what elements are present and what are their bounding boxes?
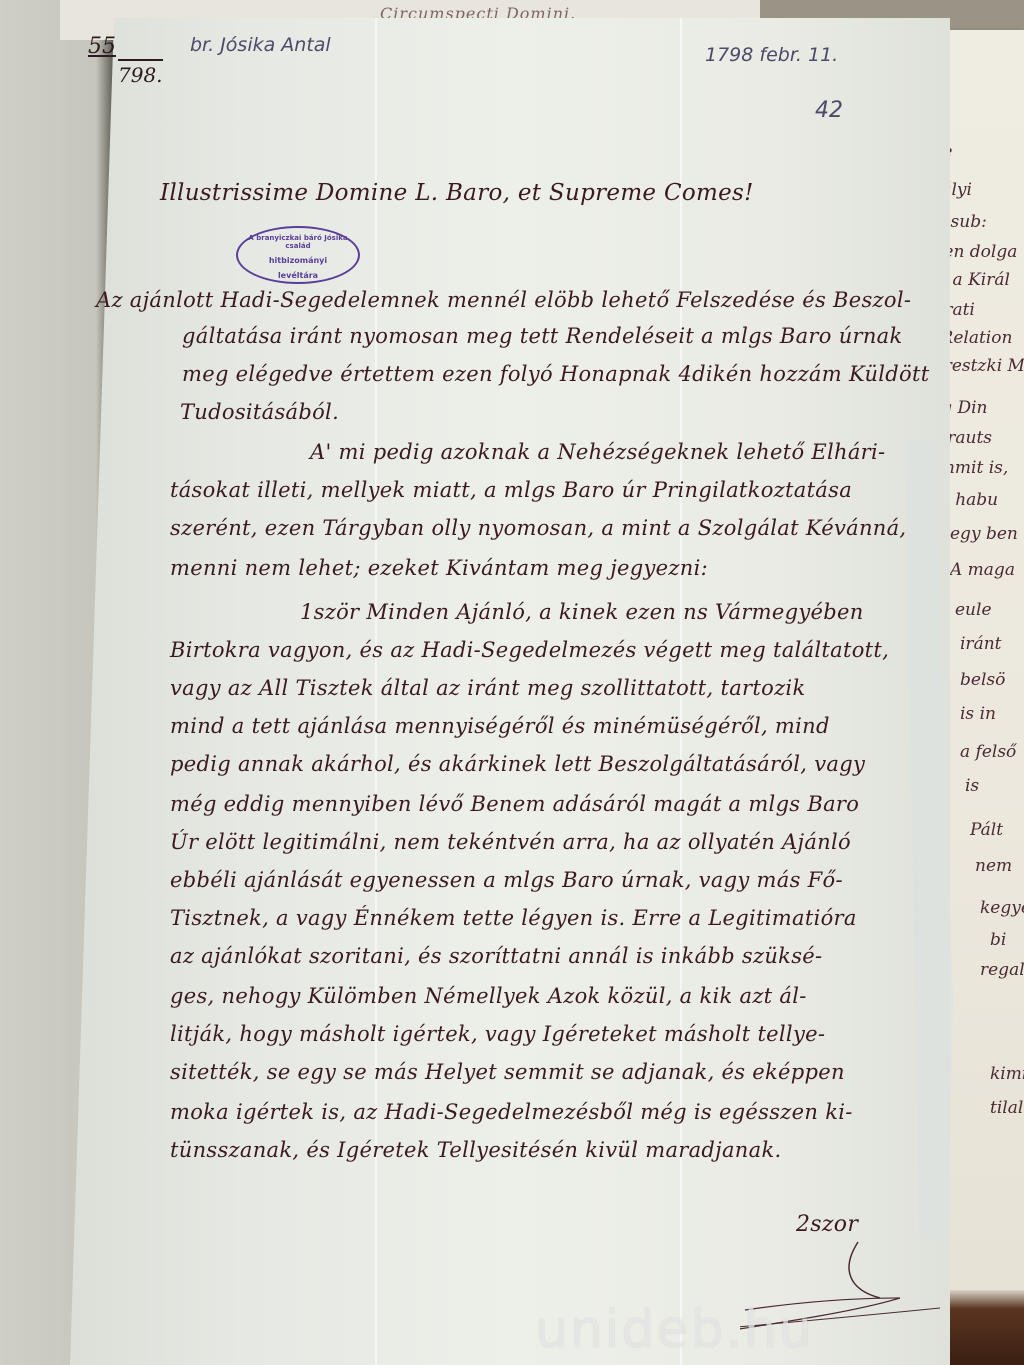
body-line: az ajánlókat szoritani, és szoríttatni a… <box>170 944 822 968</box>
body-line: moka igértek is, az Hadi-Segedelmezésből… <box>170 1100 853 1124</box>
table-surface <box>945 1290 1024 1365</box>
body-line: Tisztnek, a vagy Énnékem tette légyen is… <box>170 906 857 930</box>
body-line: ges, nehogy Külömben Némellyek Azok közü… <box>170 984 807 1008</box>
stamp-line-1: A branyiczkai báró Jósika család <box>238 234 358 250</box>
back-fragment: A maga <box>950 560 1015 580</box>
back-fragment: a felső <box>960 742 1016 762</box>
body-line: 1ször Minden Ajánló, a kinek ezen ns Vár… <box>300 600 864 624</box>
body-line: még eddig mennyiben lévő Benem adásáról … <box>170 792 859 816</box>
back-fragment: belsö <box>960 670 1005 690</box>
back-fragment: tilal <box>990 1098 1023 1118</box>
back-fragment: bi <box>990 930 1006 950</box>
back-fragment: kegyel <box>980 898 1024 918</box>
body-line: tünsszanak, és Igéretek Tellyesitésén ki… <box>170 1138 781 1162</box>
stamp-line-3: levéltára <box>238 271 358 280</box>
back-fragment: iránt <box>960 634 1001 654</box>
pencil-date-note: 1798 febr. 11. <box>705 44 838 66</box>
archive-stamp: A branyiczkai báró Jósika család hitbizo… <box>236 226 360 284</box>
pencil-folio-number: 42 <box>815 98 843 123</box>
body-line: Úr elött legitimálni, nem tekéntvén arra… <box>170 830 851 854</box>
body-line: sitették, se egy se más Helyet semmit se… <box>170 1060 845 1084</box>
body-line: pedig annak akárhol, és akárkinek lett B… <box>170 752 865 776</box>
body-line: menni nem lehet; ezeket Kivántam meg jeg… <box>170 556 708 580</box>
archive-number-bottom: 798. <box>118 59 163 87</box>
body-line: mind a tett ajánlása mennyiségéről és mi… <box>170 714 830 738</box>
body-line: litják, hogy másholt igértek, vagy Igére… <box>170 1022 825 1046</box>
body-line: A' mi pedig azoknak a Nehézségeknek lehe… <box>310 440 885 464</box>
body-line: ebbéli ajánlását egyenessen a mlgs Baro … <box>170 868 843 892</box>
back-fragment: nem <box>975 856 1012 876</box>
body-line: vagy az All Tisztek által az iránt meg s… <box>170 676 805 700</box>
body-line: szerént, ezen Tárgyban olly nyomosan, a … <box>170 516 906 540</box>
closing-mark: 2szor <box>796 1212 858 1237</box>
back-fragment: Pált <box>970 820 1003 840</box>
body-line: Tudositásából. <box>180 400 339 424</box>
stamp-line-2: hitbizományi <box>238 256 358 265</box>
back-fragment: eule <box>955 600 992 620</box>
watermark: unideb.hu <box>535 1300 814 1360</box>
body-line: meg elégedve értettem ezen folyó Honapna… <box>182 362 929 386</box>
back-fragment: is in <box>960 704 996 724</box>
back-fragment: is <box>965 776 979 796</box>
body-line: tásokat illeti, mellyek miatt, a mlgs Ba… <box>170 478 852 502</box>
back-fragment: regaldw <box>980 960 1024 980</box>
body-line: Birtokra vagyon, és az Hadi-Segedelmezés… <box>170 638 889 662</box>
body-line: Az ajánlott Hadi-Segedelemnek mennél elö… <box>96 288 911 312</box>
body-line: gáltatása iránt nyomosan meg tett Rendel… <box>182 324 903 348</box>
archive-number-top: 55 <box>88 34 163 59</box>
archive-number: 55 798. <box>88 34 163 87</box>
back-fragment: kimi <box>990 1064 1024 1084</box>
back-fragment: egy ben <box>950 524 1018 544</box>
salutation: Illustrissime Domine L. Baro, et Supreme… <box>160 180 754 206</box>
pencil-author-note: br. Jósika Antal <box>190 34 331 56</box>
